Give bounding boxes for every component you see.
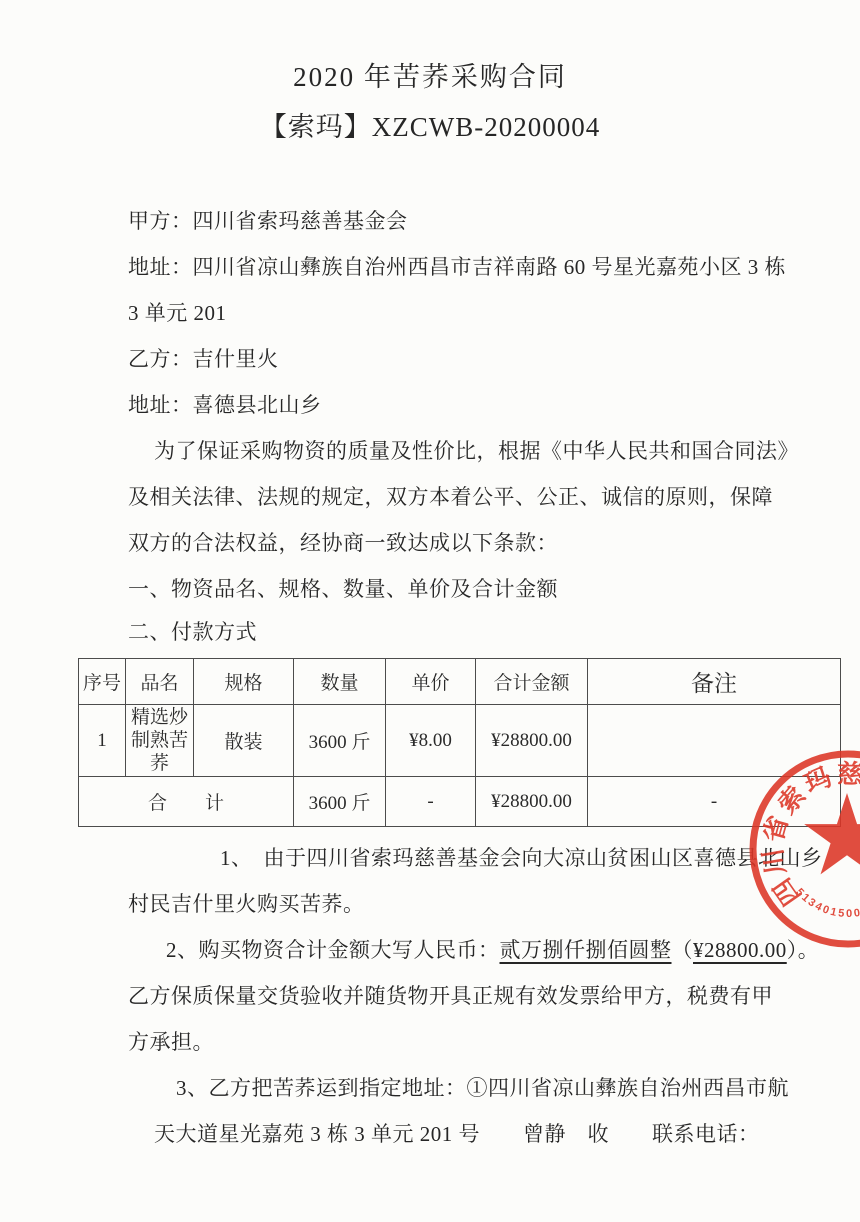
- cell-unit-price: ¥8.00: [386, 705, 476, 777]
- clause2-amount-words: 贰万捌仟捌佰圆整: [500, 938, 672, 962]
- party-b-address-line: 地址：喜德县北山乡: [128, 382, 854, 428]
- clauses-block: 1、 由于四川省索玛慈善基金会向大凉山贫困山区喜德县北山乡 村民吉什里火购买苦荞…: [128, 835, 854, 1157]
- cell-name: 精选炒制熟苦荞: [126, 705, 194, 777]
- title-block: 2020 年苦荞采购合同 【索玛】XZCWB-20200004: [0, 0, 860, 148]
- party-a-address-line2: 3 单元 201: [128, 290, 854, 336]
- cell-total: ¥28800.00: [476, 705, 588, 777]
- preamble-line1: 为了保证采购物资的质量及性价比，根据《中华人民共和国合同法》: [128, 428, 854, 474]
- col-header-no: 序号: [79, 659, 126, 705]
- col-header-unit-price: 单价: [386, 659, 476, 705]
- clause2-line2: 乙方保质保量交货验收并随货物开具正规有效发票给甲方，税费有甲: [128, 973, 854, 1019]
- party-a-line: 甲方：四川省索玛慈善基金会: [128, 198, 854, 244]
- section-heading-2: 二、付款方式: [128, 612, 854, 652]
- cell-qty: 3600 斤: [294, 705, 386, 777]
- clause1-line1: 1、 由于四川省索玛慈善基金会向大凉山贫困山区喜德县北山乡: [128, 835, 854, 881]
- table-total-row: 合 计 3600 斤 - ¥28800.00 -: [79, 777, 841, 827]
- party-b-line: 乙方：吉什里火: [128, 336, 854, 382]
- contract-page: 2020 年苦荞采购合同 【索玛】XZCWB-20200004 甲方：四川省索玛…: [0, 0, 860, 1222]
- total-unit-price: -: [386, 777, 476, 827]
- total-note: -: [588, 777, 841, 827]
- clause2-paren-close: ）。: [787, 938, 820, 962]
- total-label: 合 计: [79, 777, 294, 827]
- col-header-total: 合计金额: [476, 659, 588, 705]
- col-header-qty: 数量: [294, 659, 386, 705]
- goods-table: 序号 品名 规格 数量 单价 合计金额 备注 1 精选炒制熟苦荞 散装 3600…: [78, 658, 841, 827]
- clause2-paren-open: （: [672, 938, 694, 962]
- section-heading-1: 一、物资品名、规格、数量、单价及合计金额: [128, 566, 854, 612]
- total-qty: 3600 斤: [294, 777, 386, 827]
- document-body: 甲方：四川省索玛慈善基金会 地址：四川省凉山彝族自治州西昌市吉祥南路 60 号星…: [0, 198, 860, 1157]
- cell-no: 1: [79, 705, 126, 777]
- table-header-row: 序号 品名 规格 数量 单价 合计金额 备注: [79, 659, 841, 705]
- preamble-line2: 及相关法律、法规的规定，双方本着公平、公正、诚信的原则，保障: [128, 474, 854, 520]
- clause3-line1: 3、乙方把苦荞运到指定地址：①四川省凉山彝族自治州西昌市航: [128, 1065, 854, 1111]
- clause2-prefix: 2、购买物资合计金额大写人民币：: [166, 938, 500, 962]
- clause2-line3: 方承担。: [128, 1019, 854, 1065]
- preamble-line3: 双方的合法权益，经协商一致达成以下条款：: [128, 520, 854, 566]
- col-header-spec: 规格: [194, 659, 294, 705]
- cell-spec: 散装: [194, 705, 294, 777]
- col-header-name: 品名: [126, 659, 194, 705]
- table-row: 1 精选炒制熟苦荞 散装 3600 斤 ¥8.00 ¥28800.00: [79, 705, 841, 777]
- clause2-line1: 2、购买物资合计金额大写人民币：贰万捌仟捌佰圆整（¥28800.00）。: [128, 927, 854, 973]
- party-a-address-line1: 地址：四川省凉山彝族自治州西昌市吉祥南路 60 号星光嘉苑小区 3 栋: [128, 244, 854, 290]
- contract-number: 【索玛】XZCWB-20200004: [0, 106, 860, 148]
- total-amount: ¥28800.00: [476, 777, 588, 827]
- clause3-line2: 天大道星光嘉苑 3 栋 3 单元 201 号 曾静 收 联系电话：: [128, 1111, 854, 1157]
- clause1-line2: 村民吉什里火购买苦荞。: [128, 881, 854, 927]
- cell-note: [588, 705, 841, 777]
- col-header-note: 备注: [588, 659, 841, 705]
- clause2-amount-number: ¥28800.00: [693, 938, 787, 962]
- document-title: 2020 年苦荞采购合同: [0, 56, 860, 98]
